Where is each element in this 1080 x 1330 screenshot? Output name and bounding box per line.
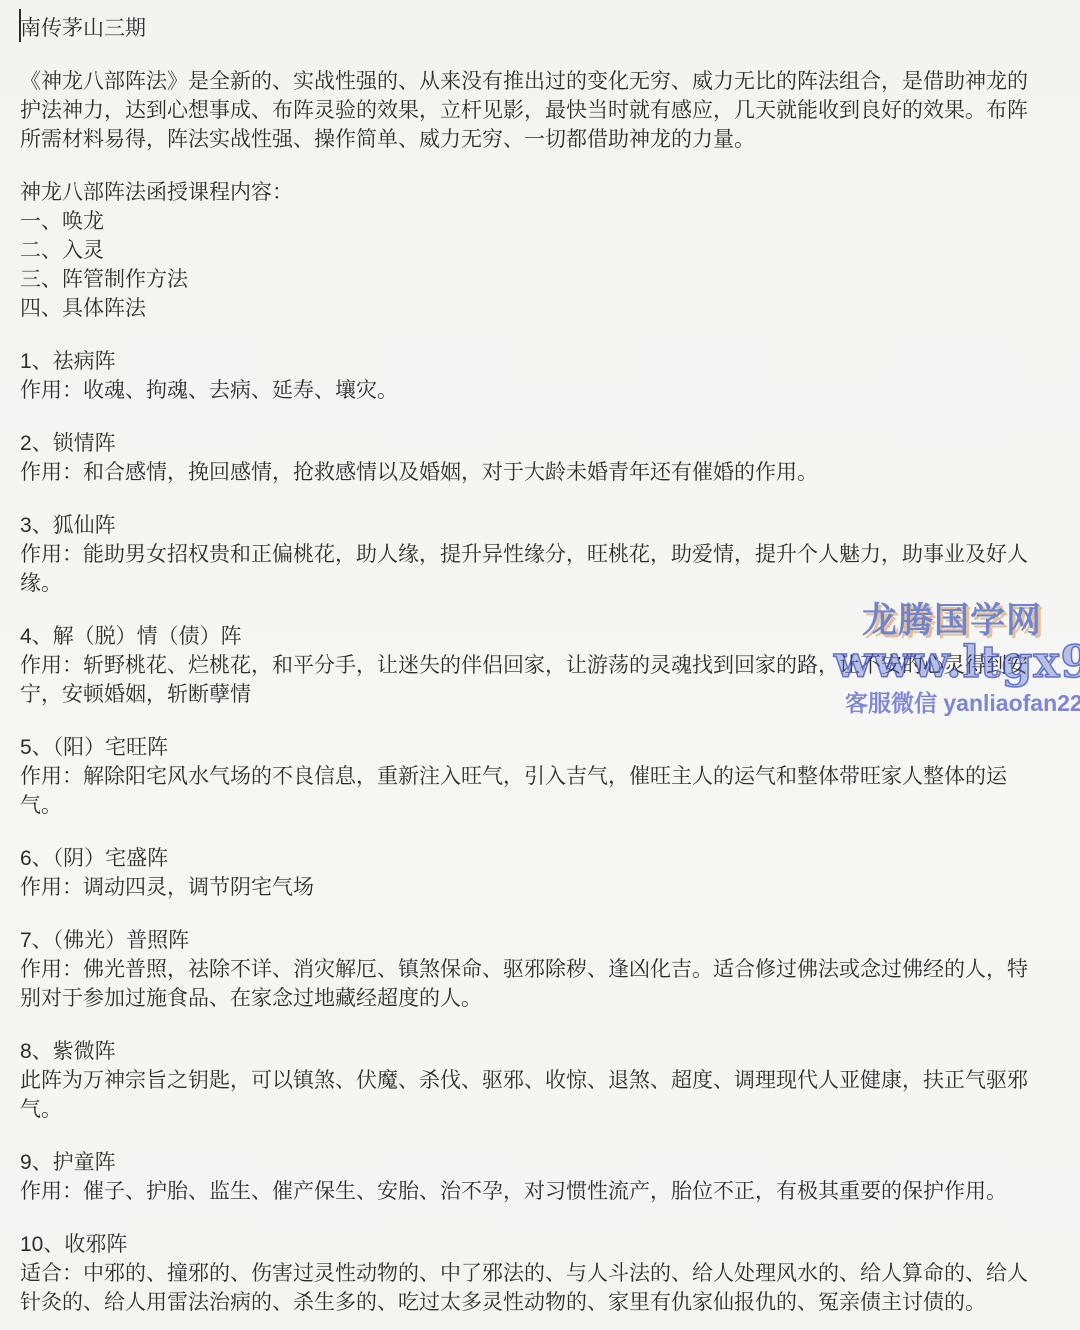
course-item: 二、入灵	[20, 236, 1060, 265]
formation-block-6: 6、（阴）宅盛阵 作用：调动四灵，调节阴宅气场	[20, 844, 1060, 902]
formation-block-2: 2、锁情阵 作用：和合感情，挽回感情，抢救感情以及婚姻，对于大龄未婚青年还有催婚…	[20, 429, 1060, 487]
formation-text-line: 作用：佛光普照，祛除不详、消灾解厄、镇煞保命、驱邪除秽、逢凶化吉。适合修过佛法或…	[20, 955, 1060, 984]
formation-block-9: 9、护童阵 作用：催子、护胎、监生、催产保生、安胎、治不孕，对习惯性流产，胎位不…	[20, 1148, 1060, 1206]
formation-text-line: 缘。	[20, 569, 1060, 598]
formation-text-line: 作用：调动四灵，调节阴宅气场	[20, 873, 1060, 902]
course-item: 三、阵管制作方法	[20, 265, 1060, 294]
formation-text-line: 作用：和合感情，挽回感情，抢救感情以及婚姻，对于大龄未婚青年还有催婚的作用。	[20, 458, 1060, 487]
formation-text-line: 气。	[20, 1095, 1060, 1124]
formation-block-8: 8、紫微阵 此阵为万神宗旨之钥匙，可以镇煞、伏魔、杀伐、驱邪、收惊、退煞、超度、…	[20, 1037, 1060, 1124]
formation-text-line: 气。	[20, 791, 1060, 820]
formation-title: 10、收邪阵	[20, 1230, 1060, 1259]
course-item: 四、具体阵法	[20, 294, 1060, 323]
formation-title: 6、（阴）宅盛阵	[20, 844, 1060, 873]
formation-block-10: 10、收邪阵 适合：中邪的、撞邪的、伤害过灵性动物的、中了邪法的、与人斗法的、给…	[20, 1230, 1060, 1317]
formation-block-3: 3、狐仙阵 作用：能助男女招权贵和正偏桃花，助人缘，提升异性缘分，旺桃花，助爱情…	[20, 511, 1060, 598]
formation-text-line: 适合：中邪的、撞邪的、伤害过灵性动物的、中了邪法的、与人斗法的、给人处理风水的、…	[20, 1259, 1060, 1288]
intro-line: 所需材料易得，阵法实战性强、操作简单、威力无穷、一切都借助神龙的力量。	[20, 125, 1060, 154]
watermark-contact-wechat: 客服微信 yanliaofan225	[845, 689, 1080, 717]
formation-text-line: 作用：收魂、拘魂、去病、延寿、壤灾。	[20, 376, 1060, 405]
formation-block-1: 1、祛病阵 作用：收魂、拘魂、去病、延寿、壤灾。	[20, 347, 1060, 405]
formation-title: 1、祛病阵	[20, 347, 1060, 376]
formation-title: 9、护童阵	[20, 1148, 1060, 1177]
intro-line: 《神龙八部阵法》是全新的、实战性强的、从来没有推出过的变化无穷、威力无比的阵法组…	[20, 67, 1060, 96]
formation-text-line: 作用：能助男女招权贵和正偏桃花，助人缘，提升异性缘分，旺桃花，助爱情，提升个人魅…	[20, 540, 1060, 569]
formation-block-5: 5、（阳）宅旺阵 作用：解除阳宅风水气场的不良信息，重新注入旺气，引入吉气，催旺…	[20, 733, 1060, 820]
formation-title: 5、（阳）宅旺阵	[20, 733, 1060, 762]
formation-title: 3、狐仙阵	[20, 511, 1060, 540]
intro-paragraph: 《神龙八部阵法》是全新的、实战性强的、从来没有推出过的变化无穷、威力无比的阵法组…	[20, 67, 1060, 154]
watermark-site-name: 龙腾国学网	[862, 601, 1042, 641]
formation-title: 2、锁情阵	[20, 429, 1060, 458]
course-content-list: 神龙八部阵法函授课程内容： 一、唤龙 二、入灵 三、阵管制作方法 四、具体阵法	[20, 178, 1060, 323]
intro-line: 护法神力，达到心想事成、布阵灵验的效果，立杆见影，最快当时就有感应，几天就能收到…	[20, 96, 1060, 125]
formation-text-line: 别对于参加过施食品、在家念过地藏经超度的人。	[20, 984, 1060, 1013]
formation-title: 8、紫微阵	[20, 1037, 1060, 1066]
formation-block-7: 7、（佛光）普照阵 作用：佛光普照，祛除不详、消灾解厄、镇煞保命、驱邪除秽、逢凶…	[20, 926, 1060, 1013]
formation-text-line: 作用：解除阳宅风水气场的不良信息，重新注入旺气，引入吉气，催旺主人的运气和整体带…	[20, 762, 1060, 791]
formation-title: 7、（佛光）普照阵	[20, 926, 1060, 955]
text-cursor	[19, 9, 21, 42]
formation-text-line: 针灸的、给人用雷法治病的、杀生多的、吃过太多灵性动物的、家里有仇家仙报仇的、冤亲…	[20, 1288, 1060, 1317]
course-heading: 神龙八部阵法函授课程内容：	[20, 178, 1060, 207]
page-title: 南传茅山三期	[20, 14, 1060, 43]
formation-text-line: 作用：催子、护胎、监生、催产保生、安胎、治不孕，对习惯性流产，胎位不正，有极其重…	[20, 1177, 1060, 1206]
watermark-site-url: www.ltgx99.com	[834, 638, 1080, 688]
formation-text-line: 此阵为万神宗旨之钥匙，可以镇煞、伏魔、杀伐、驱邪、收惊、退煞、超度、调理现代人亚…	[20, 1066, 1060, 1095]
course-item: 一、唤龙	[20, 207, 1060, 236]
document-page: 南传茅山三期 《神龙八部阵法》是全新的、实战性强的、从来没有推出过的变化无穷、威…	[0, 0, 1080, 1330]
